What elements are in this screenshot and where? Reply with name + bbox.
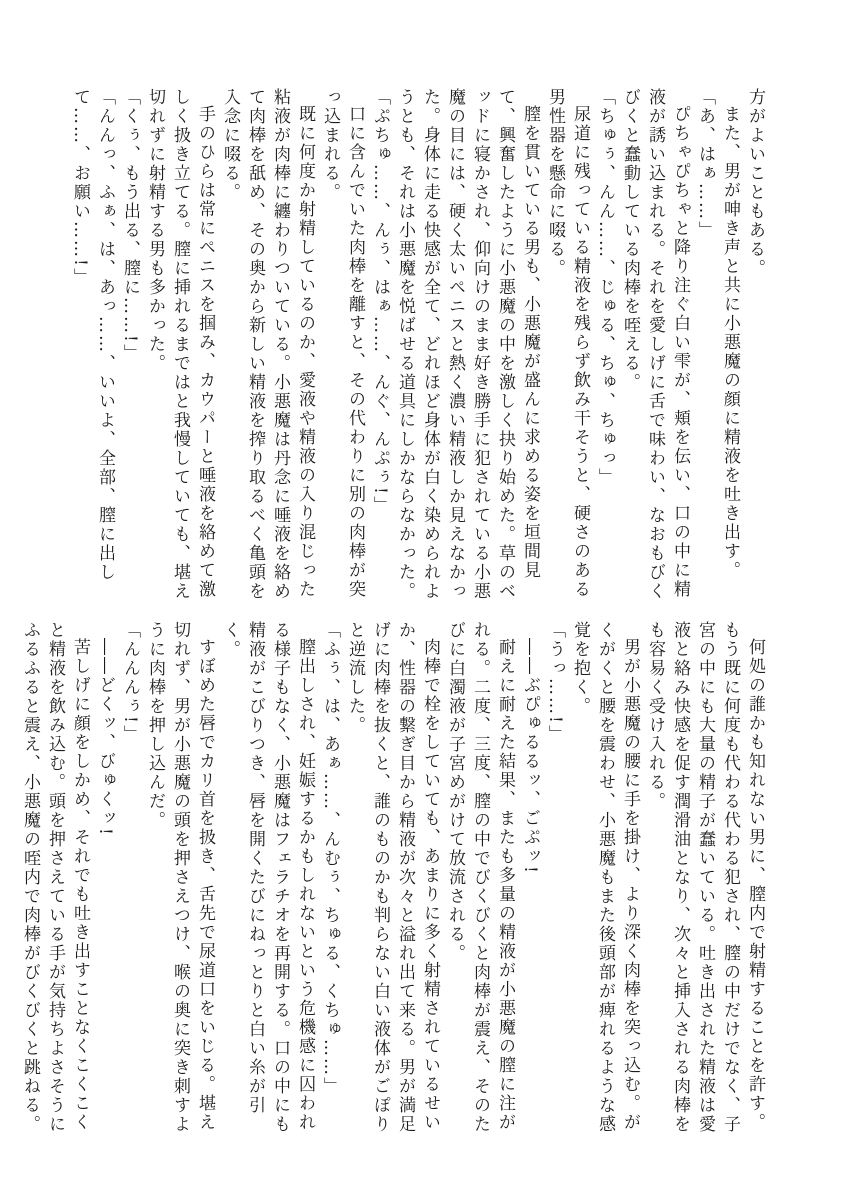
paragraph: 「ふぅ、は、あぁ……、んむぅ、ちゅる、くちゅ……」 — [317, 621, 342, 1135]
paragraph: ――どくッ、びゅくッ! — [92, 621, 117, 1135]
paragraph: 「くぅ、もう出る、膣に……!」 — [117, 88, 142, 602]
paragraph: 膣を貫いている男も、小悪魔が盛んに求める姿を垣間見て、興奮したように小悪魔の中を… — [392, 88, 542, 602]
paragraph: 「あ、はぁ……」 — [692, 88, 717, 602]
paragraph: 尿道に残っている精液を残らず飲み干そうと、硬さのある男性器を懸命に啜る。 — [542, 88, 592, 602]
paragraph: 耐えに耐えた結果、またも多量の精液が小悪魔の膣に注がれる。二度、三度、膣の中でび… — [442, 621, 517, 1135]
paragraph: ――ぶぴゅるるッ、ごぷッ! — [517, 621, 542, 1135]
paragraph: 膣出しされ、妊娠するかもしれないという危機感に囚われる様子もなく、小悪魔はフェラ… — [217, 621, 317, 1135]
novel-page: 方がよいこともある。また、男が呻き声と共に小悪魔の顔に精液を吐き出す。「あ、はぁ… — [0, 0, 850, 1200]
paragraph: すぼめた唇でカリ首を扱き、舌先で尿道口をいじる。堪え切れず、男が小悪魔の頭を押さ… — [142, 621, 217, 1135]
paragraph: 肉棒で栓をしていても、あまりに多く射精されているせいか、性器の繋ぎ目から精液が次… — [342, 621, 442, 1135]
bottom-text-block: 何処の誰かも知れない男に、膣内で射精することを許す。もう既に何度も代わる代わる犯… — [89, 621, 767, 1135]
paragraph: 口に含んでいた肉棒を離すと、その代わりに別の肉棒が突っ込まれる。 — [317, 88, 367, 602]
paragraph: 「ちゅぅ、んん……、じゅる、ちゅ、ちゅっ」 — [592, 88, 617, 602]
paragraph: 既に何度か射精しているのか、愛液や精液の入り混じった粘液が肉棒に纏わりついている… — [217, 88, 317, 602]
paragraph: 何処の誰かも知れない男に、膣内で射精することを許す。もう既に何度も代わる代わる犯… — [642, 621, 767, 1135]
paragraph: 方がよいこともある。 — [742, 88, 767, 602]
paragraph: また、男が呻き声と共に小悪魔の顔に精液を吐き出す。 — [717, 88, 742, 602]
paragraph: ぴちゃぴちゃと降り注ぐ白い雫が、頬を伝い、口の中に精液が誘い込まれる。それを愛し… — [617, 88, 692, 602]
paragraph: 「んんんぅ!」 — [117, 621, 142, 1135]
paragraph: 手のひらは常にペニスを掴み、カウパーと唾液を絡めて激しく扱き立てる。膣に挿れるま… — [142, 88, 217, 602]
paragraph: 「ぷちゅ……、んぅ、はぁ……、んぐ、んぷぅ!」 — [367, 88, 392, 602]
top-text-block: 方がよいこともある。また、男が呻き声と共に小悪魔の顔に精液を吐き出す。「あ、はぁ… — [89, 88, 767, 602]
paragraph: 男が小悪魔の腰に手を掛け、より深く肉棒を突っ込む。がくがくと腰を震わせ、小悪魔も… — [567, 621, 642, 1135]
paragraph: 「んんっ、ふぁ、は、あっ……、いいよ、全部、膣に出して……、お願い……!」 — [67, 88, 117, 602]
paragraph: 苦しげに顔をしかめ、それでも吐き出すことなくこくこくと精液を飲み込む。頭を押さえ… — [17, 621, 92, 1135]
paragraph: 「うっ……!」 — [542, 621, 567, 1135]
